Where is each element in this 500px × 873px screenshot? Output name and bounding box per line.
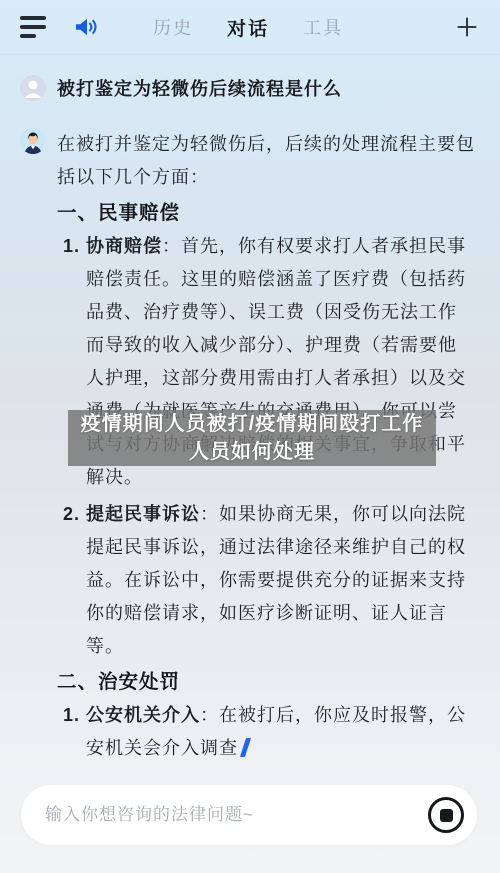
- section-heading-public-security: 二、治安处罚: [57, 667, 478, 697]
- list-item-text: 公安机关介入：在被打后，你应及时报警，公安机关会介入调查: [86, 699, 471, 765]
- stop-icon[interactable]: [428, 797, 464, 833]
- list-item: 2. 提起民事诉讼：如果协商无果，你可以向法院提起民事诉讼，通过法律途径来维护自…: [63, 498, 478, 663]
- tab-history[interactable]: 历史: [153, 14, 193, 40]
- plus-icon[interactable]: [454, 14, 480, 40]
- input-bar: [0, 785, 500, 845]
- chat-app-page: 历史 对话 工具 被打鉴定为轻微伤后续流程是什么: [0, 0, 500, 873]
- assistant-avatar: [20, 128, 46, 154]
- list-item-text: 提起民事诉讼：如果协商无果，你可以向法院提起民事诉讼，通过法律途径来维护自己的权…: [86, 498, 471, 663]
- list-item-number: 1.: [63, 699, 86, 765]
- assistant-intro: 在被打并鉴定为轻微伤后，后续的处理流程主要包括以下几个方面：: [57, 128, 478, 194]
- tab-tools[interactable]: 工具: [303, 14, 343, 40]
- input-pill: [21, 785, 477, 845]
- watermark-overlay: 疫情期间人员被打/疫情期间殴打工作人员如何处理: [68, 410, 436, 466]
- public-security-list: 1. 公安机关介入：在被打后，你应及时报警，公安机关会介入调查: [57, 699, 478, 765]
- list-item-number: 2.: [63, 498, 86, 663]
- menu-icon[interactable]: [20, 16, 46, 38]
- user-message-text: 被打鉴定为轻微伤后续流程是什么: [57, 75, 342, 101]
- user-message-row: 被打鉴定为轻微伤后续流程是什么: [20, 75, 478, 101]
- top-bar: 历史 对话 工具: [0, 0, 500, 55]
- tab-dialog[interactable]: 对话: [227, 14, 269, 41]
- question-input[interactable]: [45, 805, 428, 825]
- section-heading-civil-compensation: 一、民事赔偿: [57, 198, 478, 228]
- user-avatar: [20, 75, 46, 101]
- speaker-icon[interactable]: [72, 13, 100, 41]
- tab-bar: 历史 对话 工具: [153, 14, 343, 41]
- typing-cursor-icon: [240, 738, 251, 757]
- list-item: 1. 公安机关介入：在被打后，你应及时报警，公安机关会介入调查: [63, 699, 478, 765]
